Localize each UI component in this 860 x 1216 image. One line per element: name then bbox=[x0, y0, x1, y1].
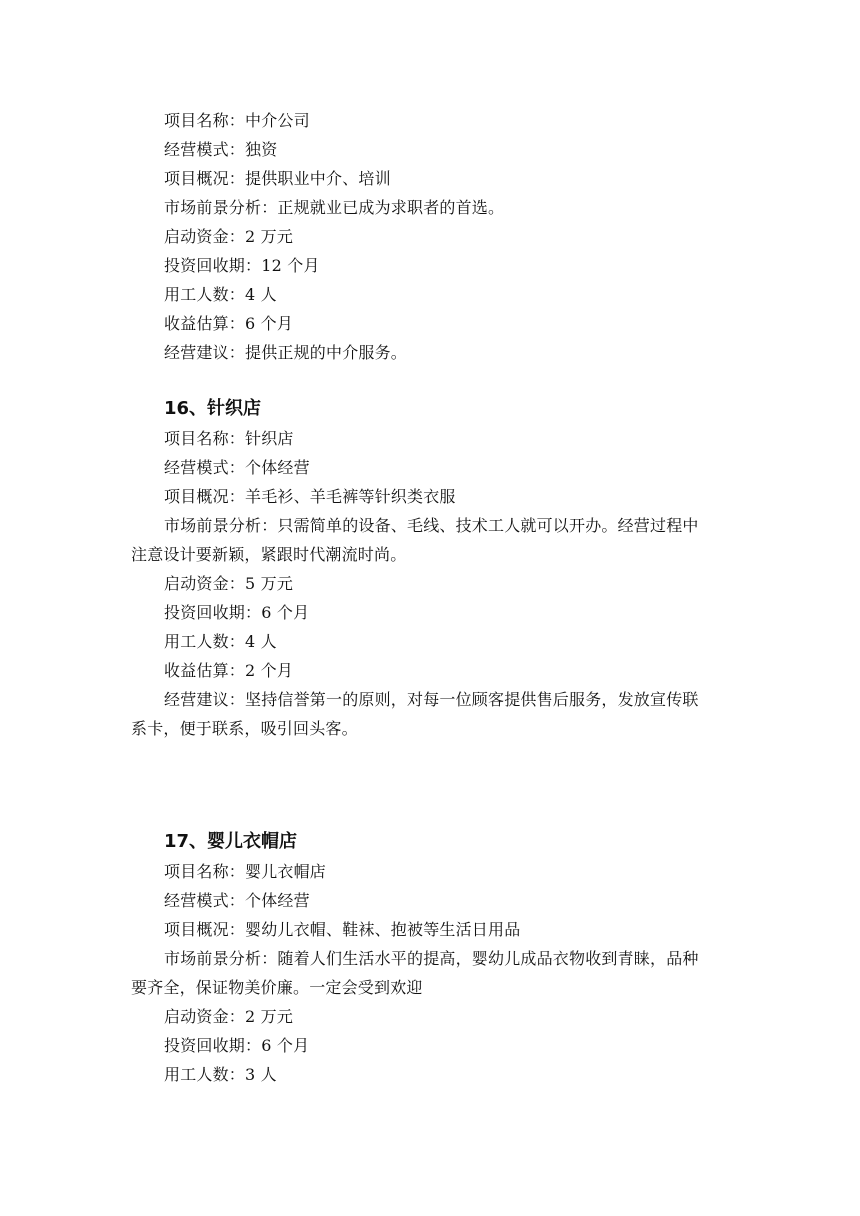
business-mode-line: 经营模式：个体经营 bbox=[164, 891, 310, 911]
business-mode-line: 经营模式：独资 bbox=[164, 140, 277, 160]
market-analysis-line-cont: 要齐全，保证物美价廉。一定会受到欢迎 bbox=[131, 978, 423, 998]
market-analysis-line: 市场前景分析：随着人们生活水平的提高，婴幼儿成品衣物收到青睐，品种 bbox=[164, 949, 699, 969]
startup-capital-line: 启动资金：2 万元 bbox=[164, 1007, 293, 1027]
business-advice-line: 经营建议：坚持信誉第一的原则，对每一位顾客提供售后服务，发放宣传联 bbox=[164, 690, 699, 710]
market-analysis-line: 市场前景分析：只需简单的设备、毛线、技术工人就可以开办。经营过程中 bbox=[164, 516, 699, 536]
staff-count-line: 用工人数：4 人 bbox=[164, 632, 277, 652]
business-advice-line: 经营建议：提供正规的中介服务。 bbox=[164, 343, 407, 363]
market-analysis-line: 市场前景分析：正规就业已成为求职者的首选。 bbox=[164, 198, 504, 218]
staff-count-line: 用工人数：3 人 bbox=[164, 1065, 277, 1085]
project-overview-line: 项目概况：羊毛衫、羊毛裤等针织类衣服 bbox=[164, 487, 456, 507]
payback-period-line: 投资回收期：6 个月 bbox=[164, 603, 309, 623]
project-overview-line: 项目概况：婴幼儿衣帽、鞋袜、抱被等生活日用品 bbox=[164, 920, 520, 940]
revenue-estimate-line: 收益估算：2 个月 bbox=[164, 661, 293, 681]
startup-capital-line: 启动资金：2 万元 bbox=[164, 227, 293, 247]
staff-count-line: 用工人数：4 人 bbox=[164, 285, 277, 305]
startup-capital-line: 启动资金：5 万元 bbox=[164, 574, 293, 594]
payback-period-line: 投资回收期：6 个月 bbox=[164, 1036, 309, 1056]
payback-period-line: 投资回收期：12 个月 bbox=[164, 256, 320, 276]
project-overview-line: 项目概况：提供职业中介、培训 bbox=[164, 169, 391, 189]
project-name-line: 项目名称：针织店 bbox=[164, 429, 294, 449]
business-advice-line-cont: 系卡，便于联系，吸引回头客。 bbox=[131, 719, 358, 739]
section-heading: 17、婴儿衣帽店 bbox=[164, 831, 297, 853]
market-analysis-line-cont: 注意设计要新颖，紧跟时代潮流时尚。 bbox=[131, 545, 406, 565]
business-mode-line: 经营模式：个体经营 bbox=[164, 458, 310, 478]
project-name-line: 项目名称：婴儿衣帽店 bbox=[164, 862, 326, 882]
revenue-estimate-line: 收益估算：6 个月 bbox=[164, 314, 293, 334]
section-heading: 16、针织店 bbox=[164, 398, 261, 420]
project-name-line: 项目名称：中介公司 bbox=[164, 111, 310, 131]
